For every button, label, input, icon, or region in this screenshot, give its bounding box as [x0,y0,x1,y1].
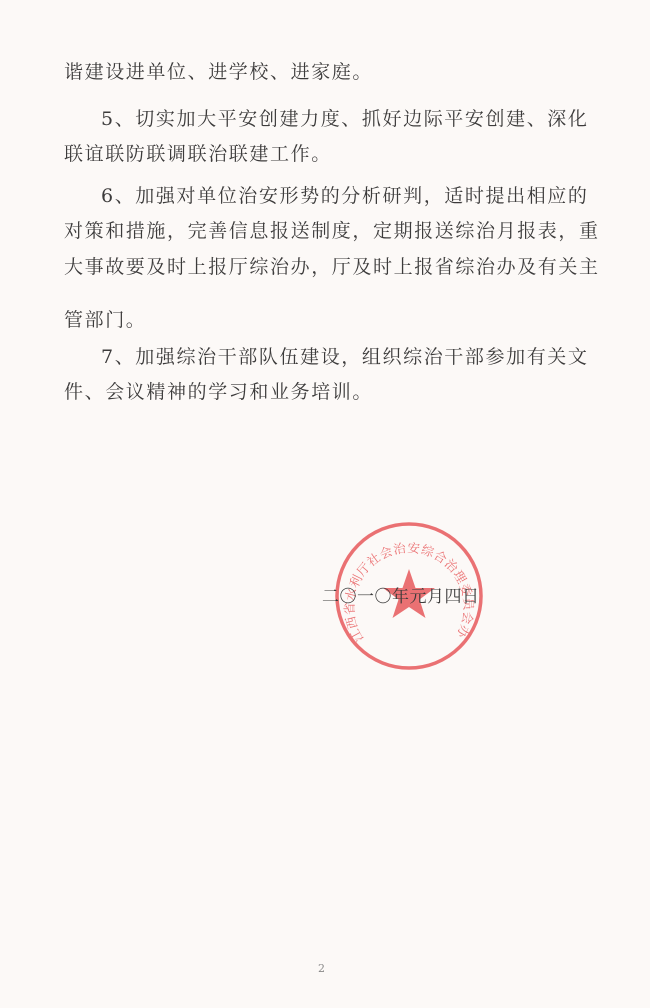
item-5-line-1: 5、切实加大平安创建力度、抓好边际平安创建、深化 [101,108,621,130]
item-6-line-3: 大事故要及时上报厅综治办，厅及时上报省综治办及有关主 [64,256,584,278]
item-7-line-2: 件、会议精神的学习和业务培训。 [64,381,584,403]
page-number: 2 [318,962,325,975]
item-5-line-2: 联谊联防联调联治联建工作。 [64,143,584,165]
item-6-line-2: 对策和措施，完善信息报送制度，定期报送综治月报表，重 [64,220,584,242]
document-date: 二〇一〇年元月四日 [322,582,480,607]
paragraph-continuation-line: 谐建设进单位、进学校、进家庭。 [64,61,584,83]
document-page: 谐建设进单位、进学校、进家庭。 5、切实加大平安创建力度、抓好边际平安创建、深化… [0,0,650,1008]
item-6-line-4: 管部门。 [64,309,584,331]
item-6-line-1: 6、加强对单位治安形势的分析研判，适时提出相应的 [101,185,621,207]
item-7-line-1: 7、加强综治干部队伍建设，组织综治干部参加有关文 [101,346,621,368]
